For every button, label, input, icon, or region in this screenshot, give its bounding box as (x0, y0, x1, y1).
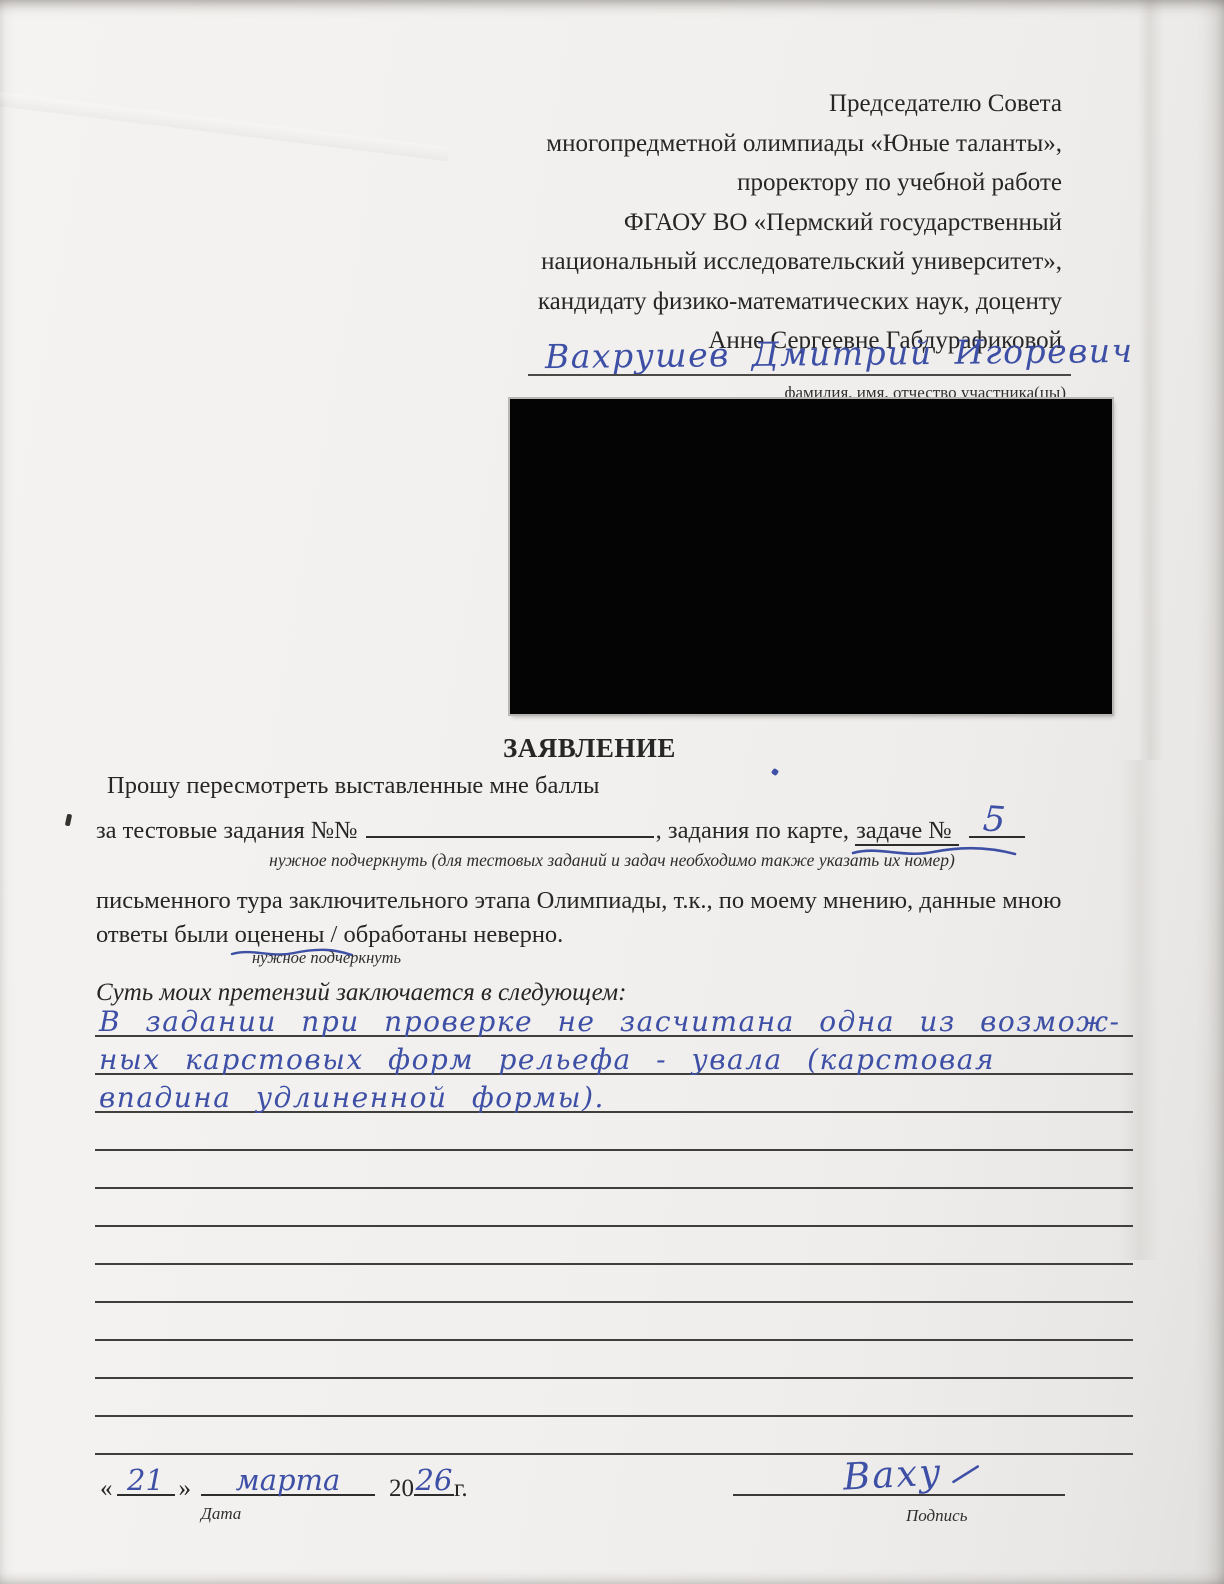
paper-crease (1138, 0, 1164, 760)
participant-name-underline (528, 374, 1071, 376)
ruled-line-blank (95, 1189, 1133, 1227)
claim-text-handwritten: В задании при проверке не засчитана одна… (99, 1005, 1120, 1038)
date-month-blank: марта (201, 1468, 375, 1496)
test-task-numbers-blank (366, 810, 654, 838)
quote-open: « (100, 1475, 113, 1502)
task-number-blank: 5 (969, 810, 1025, 838)
ruled-line-blank (95, 1341, 1133, 1379)
date-month-handwritten: марта (201, 1463, 375, 1497)
date-year-prefix: 20 (389, 1475, 414, 1502)
paper-crease (0, 89, 449, 161)
request-text-line1: Прошу пересмотреть выставленные мне балл… (107, 772, 600, 800)
body-text-line1: письменного тура заключительного этапа О… (96, 887, 1061, 914)
option-task-label: задаче № (856, 817, 952, 844)
addressee-line: проректору по учебной работе (538, 163, 1062, 203)
ruled-line: В задании при проверке не засчитана одна… (95, 999, 1133, 1037)
date-year-blank: 26 (414, 1468, 454, 1496)
body-text-line2-post: / обработаны неверно. (331, 921, 564, 948)
body-text-line2-pre: ответы были (96, 921, 229, 948)
date-block: «21»марта2026г. (100, 1468, 468, 1503)
redacted-area (510, 399, 1112, 714)
request-text-line2: за тестовые задания №№, задания по карте… (96, 810, 1025, 845)
signature-handwritten: Ваху (842, 1448, 982, 1498)
underline-instruction-note-2: нужное подчеркнуть (252, 948, 401, 968)
date-day-blank: 21 (117, 1468, 175, 1496)
ruled-line-blank (95, 1303, 1133, 1341)
ruled-line: впадина удлиненной формы). (95, 1075, 1133, 1113)
addressee-line: Председателю Совета (538, 84, 1062, 124)
body-paragraph: письменного тура заключительного этапа О… (96, 884, 1136, 951)
addressee-line: кандидату физико-математических наук, до… (538, 282, 1062, 322)
ruled-line-blank (95, 1265, 1133, 1303)
addressee-line: ФГАОУ ВО «Пермский государственный (538, 203, 1062, 243)
ruled-line-blank (95, 1227, 1133, 1265)
claims-ruled-section: В задании при проверке не засчитана одна… (95, 999, 1133, 1455)
date-caption: Дата (201, 1504, 241, 1524)
ruled-line: ных карстовых форм рельефа - увала (карс… (95, 1037, 1133, 1075)
signature-caption: Подпись (906, 1506, 967, 1526)
request-line2-middle: , задания по карте, (656, 817, 849, 844)
request-line2-prefix: за тестовые задания №№ (96, 817, 358, 844)
application-scan-page: Председателю Совета многопредметной олим… (0, 0, 1224, 1584)
underline-instruction-note: нужное подчеркнуть (для тестовых заданий… (96, 850, 1128, 871)
quote-close: » (179, 1475, 192, 1502)
addressee-line: национальный исследовательский университ… (538, 242, 1062, 282)
date-year-unit: г. (454, 1475, 468, 1502)
ruled-line-blank (95, 1113, 1133, 1151)
signature-text: Ваху (842, 1450, 944, 1498)
ink-speck (65, 814, 72, 827)
participant-name-handwritten: Вахрушев Дмитрий Игоревич (545, 331, 1134, 376)
statement-title: ЗАЯВЛЕНИЕ (503, 733, 676, 764)
underlined-word-assessed: оценены (235, 921, 331, 948)
addressee-line: многопредметной олимпиады «Юные таланты»… (538, 124, 1062, 164)
ruled-line-blank (95, 1151, 1133, 1189)
date-year-suffix-handwritten: 26 (414, 1463, 454, 1497)
claim-text-handwritten: впадина удлиненной формы). (99, 1081, 605, 1114)
signature-flourish (950, 1464, 981, 1484)
task-number-handwritten: 5 (981, 799, 1006, 840)
underlined-option-task: задаче № (855, 817, 959, 846)
ink-speck (771, 768, 779, 776)
addressee-block: Председателю Совета многопредметной олим… (538, 84, 1062, 361)
date-day-handwritten: 21 (117, 1463, 175, 1497)
claim-text-handwritten: ных карстовых форм рельефа - увала (карс… (99, 1043, 995, 1076)
ruled-line-blank (95, 1379, 1133, 1417)
assessed-word: оценены (235, 921, 325, 948)
